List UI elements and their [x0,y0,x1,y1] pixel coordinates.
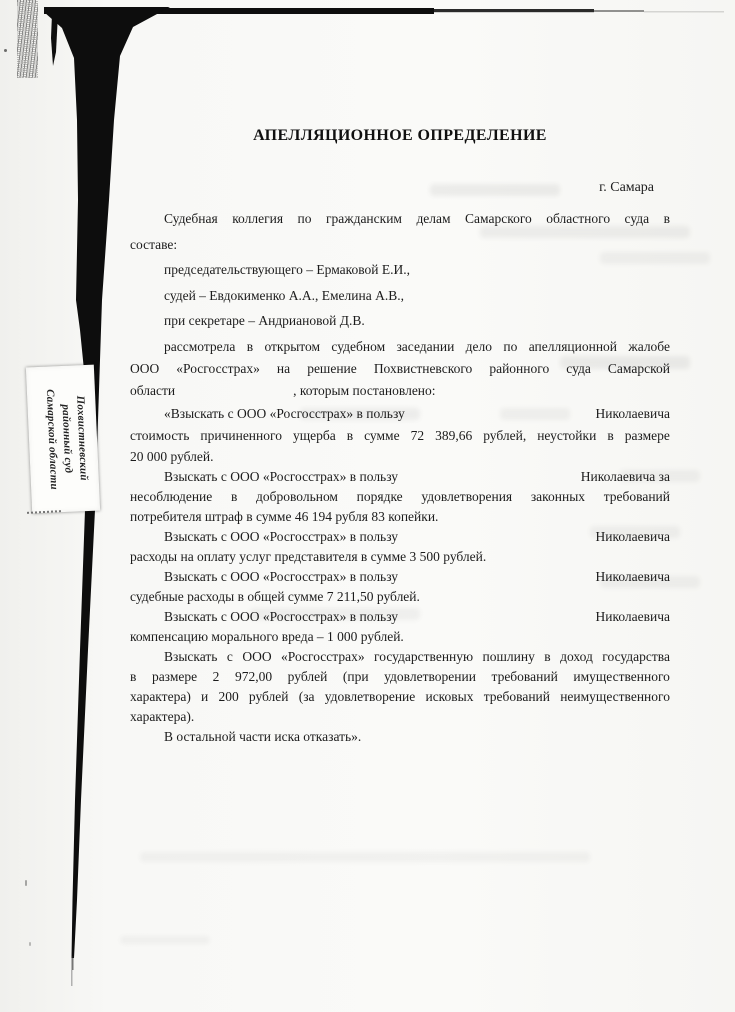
scan-speck [4,49,7,52]
document-line: компенсацию морального вреда – 1 000 руб… [130,627,670,647]
document-line: характера)и200рублей(заудовлетворениеиск… [130,687,670,707]
document-line: СудебнаяколлегияпогражданскимделамСамарс… [130,209,670,229]
bleed-through-artifact [140,852,590,862]
scan-speck [29,942,31,946]
document-line: судей – Евдокименко А.А., Емелина А.В., [130,286,670,306]
scan-speck [25,880,27,886]
document-line: судебные расходы в общей сумме 7 211,50 … [130,587,670,607]
document-line: Взыскать с ООО «Росгосстрах» в пользуНик… [130,467,670,487]
document-line: председательствующего – Ермаковой Е.И., [130,260,670,280]
document-content: АПЕЛЛЯЦИОННОЕ ОПРЕДЕЛЕНИЕ г. Самара Суде… [130,126,670,747]
scan-top-line [44,8,434,14]
scanned-court-document-page: Похвистневскийрайонный судСамарской обла… [0,0,735,1012]
city-line: г. Самара [130,179,670,197]
document-body: СудебнаяколлегияпогражданскимделамСамарс… [130,209,670,747]
document-line: расходы на оплату услуг представителя в … [130,547,670,567]
document-line: области, которым постановлено: [130,381,670,401]
document-line: 20 000 рублей. [130,447,670,467]
document-line: характера). [130,707,670,727]
document-line: Взыскать с ООО «Росгосстрах» в пользуНик… [130,527,670,547]
court-spine-label-text: Похвистневскийрайонный судСамарской обла… [34,369,92,509]
document-line: стоимостьпричиненногоущербавсумме72389,6… [130,426,670,446]
document-line: В остальной части иска отказать». [130,727,670,747]
document-line: потребителя штраф в сумме 46 194 рубля 8… [130,507,670,527]
scan-noise-strip [17,0,38,78]
bleed-through-artifact [120,936,210,944]
document-line: Взыскать с ООО «Росгосстрах» в пользуНик… [130,607,670,627]
document-line: при секретаре – Андриановой Д.В. [130,311,670,331]
document-line: Взыскать с ООО «Росгосстрах» в пользуНик… [130,567,670,587]
document-line: ВзыскатьсООО«Росгосстрах»государственную… [130,647,670,667]
scan-dotted-mark [27,510,61,514]
document-line: несоблюдениевдобровольномпорядкеудовлетв… [130,487,670,507]
court-spine-label: Похвистневскийрайонный судСамарской обла… [26,365,100,514]
document-title: АПЕЛЛЯЦИОННОЕ ОПРЕДЕЛЕНИЕ [130,126,670,146]
document-line: составе: [130,235,670,255]
document-line: «Взыскать с ООО «Росгосстрах» в пользуНи… [130,404,670,424]
document-line: вразмере2972,00рублей(приудовлетворениит… [130,667,670,687]
document-line: ООО«Росгосстрах»нарешениеПохвистневского… [130,359,670,379]
document-line: рассмотрелавоткрытомсудебномзаседаниидел… [130,337,670,357]
